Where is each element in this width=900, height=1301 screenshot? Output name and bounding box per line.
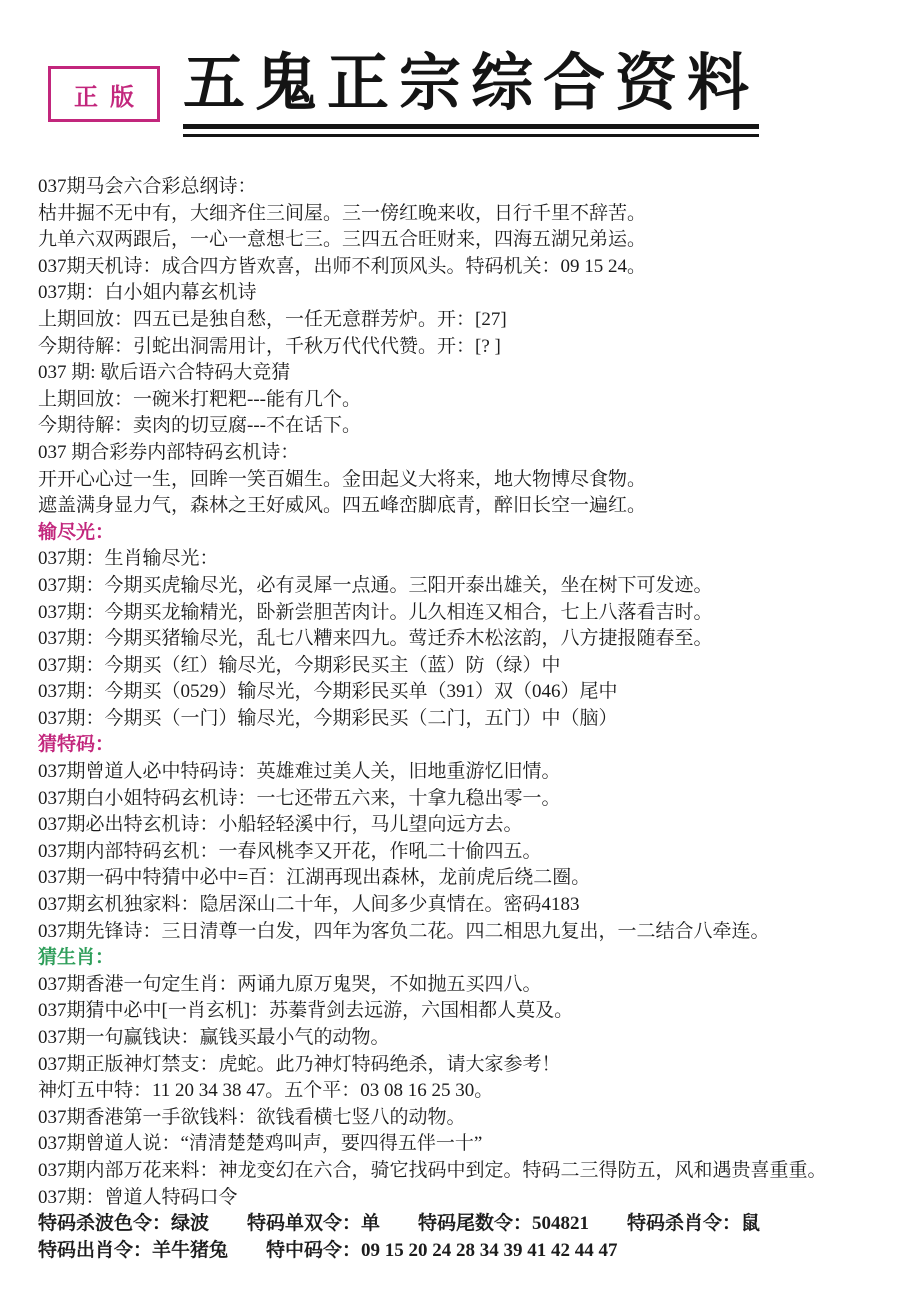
line-caitema: 037期一码中特猜中必中=百：江湖再现出森林，龙前虎后绕二圈。 xyxy=(38,865,894,892)
page: 正版 五鬼正宗综合资料 037期马会六合彩总纲诗：枯井掘不无中有，大细齐住三间屋… xyxy=(0,0,900,1301)
line-caishengxiao: 037期猜中必中[一肖玄机]：苏蓁背剑去远游，六国相都人莫及。 xyxy=(38,998,894,1025)
line-last-issue: 上期回放：一碗米打粑粑---能有几个。 xyxy=(38,387,894,414)
line-tianjishi: 037期天机诗：成合四方皆欢喜，出师不利顶风头。特码机关：09 15 24。 xyxy=(38,254,894,281)
title-underline-thick xyxy=(183,124,759,129)
line-shendeng-numbers: 神灯五中特：11 20 34 38 47。五个平：03 08 16 25 30。 xyxy=(38,1078,894,1105)
line-caitema: 037期先锋诗：三日清尊一白发，四年为客负二花。四二相思九复出，一二结合八牵连。 xyxy=(38,919,894,946)
line-this-issue: 今期待解：卖肉的切豆腐---不在话下。 xyxy=(38,413,894,440)
line-caitema: 037期玄机独家料：隐居深山二十年，人间多少真情在。密码4183 xyxy=(38,892,894,919)
section-header-caitema: 猜特码： xyxy=(38,732,894,759)
line-shujinguang: 037期：今期买（一门）输尽光，今期彩民买（二门，五门）中（脑） xyxy=(38,706,894,733)
line-neibu-header: 037 期合彩券内部特码玄机诗： xyxy=(38,440,894,467)
line-caitema: 037期白小姐特码玄机诗：一七还带五六来，十拿九稳出零一。 xyxy=(38,786,894,813)
line-zengdaoren: 037期曾道人说：“清清楚楚鸡叫声，要四得五伴一十” xyxy=(38,1131,894,1158)
line-this-issue: 今期待解：引蛇出洞需用计，千秋万代代代赞。开：[? ] xyxy=(38,334,894,361)
line-poem: 九单六双两跟后，一心一意想七三。三四五合旺财来，四海五湖兄弟运。 xyxy=(38,227,894,254)
section-header-caishengxiao: 猜生肖： xyxy=(38,945,894,972)
line-caishengxiao: 037期香港一句定生肖：两诵九原万鬼哭，不如抛五买四八。 xyxy=(38,972,894,999)
line-poem: 遮盖满身显力气，森林之王好威风。四五峰峦脚底青，醉旧长空一遍红。 xyxy=(38,493,894,520)
line-shengxiao-shujinguang: 037期：生肖输尽光： xyxy=(38,546,894,573)
section-header-shujinguang: 输尽光： xyxy=(38,520,894,547)
line-caishengxiao: 037期一句赢钱诀：赢钱买最小气的动物。 xyxy=(38,1025,894,1052)
line-kouling-1: 特码杀波色令：绿波 特码单双令：单 特码尾数令：504821 特码杀肖令：鼠 xyxy=(38,1211,894,1238)
line-caishengxiao: 037期正版神灯禁支：虎蛇。此乃神灯特码绝杀，请大家参考！ xyxy=(38,1052,894,1079)
content-lines: 037期马会六合彩总纲诗：枯井掘不无中有，大细齐住三间屋。三一傍红晚来收，日行千… xyxy=(38,174,894,1264)
line-caitema: 037期曾道人必中特码诗：英雄难过美人关，旧地重游忆旧情。 xyxy=(38,759,894,786)
line-shujinguang: 037期：今期买（0529）输尽光，今期彩民买单（391）双（046）尾中 xyxy=(38,679,894,706)
line-shujinguang: 037期：今期买猪输尽光，乱七八糟来四九。莺迁乔木松泫韵，八方捷报随春至。 xyxy=(38,626,894,653)
line-kouling-header: 037期：曾道人特码口令 xyxy=(38,1185,894,1212)
badge-label: 正版 xyxy=(62,77,146,112)
line-baixiaojie-header: 037期：白小姐内幕玄机诗 xyxy=(38,280,894,307)
line-caitema: 037期必出特玄机诗：小船轻轻溪中行，马儿望向远方去。 xyxy=(38,812,894,839)
line-poem: 枯井掘不无中有，大细齐住三间屋。三一傍红晚来收，日行千里不辞苦。 xyxy=(38,201,894,228)
authenticity-badge: 正版 xyxy=(48,66,160,122)
line-shujinguang: 037期：今期买龙输精光，卧新尝胆苦肉计。儿久相连又相合，七上八落看吉时。 xyxy=(38,600,894,627)
line-xiehouyu-header: 037 期: 歇后语六合特码大竞猜 xyxy=(38,360,894,387)
line-yuqianliao: 037期香港第一手欲钱料：欲钱看横七竖八的动物。 xyxy=(38,1105,894,1132)
line-zonggangshi-header: 037期马会六合彩总纲诗： xyxy=(38,174,894,201)
line-poem: 开开心心过一生，回眸一笑百媚生。金田起义大将来，地大物博尽食物。 xyxy=(38,467,894,494)
line-caitema: 037期内部特码玄机：一春风桃李又开花，作吼二十偷四五。 xyxy=(38,839,894,866)
page-title: 五鬼正宗综合资料 xyxy=(183,46,759,124)
title-block: 五鬼正宗综合资料 xyxy=(183,46,759,137)
line-kouling-2: 特码出肖令：羊牛猪兔 特中码令：09 15 20 24 28 34 39 41 … xyxy=(38,1238,894,1265)
line-wanhua: 037期内部万花来料：神龙变幻在六合，骑它找码中到定。特码二三得防五，风和遇贵喜… xyxy=(38,1158,894,1185)
line-last-issue: 上期回放：四五已是独自愁，一任无意群芳炉。开：[27] xyxy=(38,307,894,334)
line-shujinguang: 037期：今期买虎输尽光，必有灵犀一点通。三阳开泰出雄关，坐在树下可发迹。 xyxy=(38,573,894,600)
header: 正版 五鬼正宗综合资料 xyxy=(0,0,900,172)
title-underline-thin xyxy=(183,134,759,137)
line-shujinguang: 037期：今期买（红）输尽光，今期彩民买主（蓝）防（绿）中 xyxy=(38,653,894,680)
